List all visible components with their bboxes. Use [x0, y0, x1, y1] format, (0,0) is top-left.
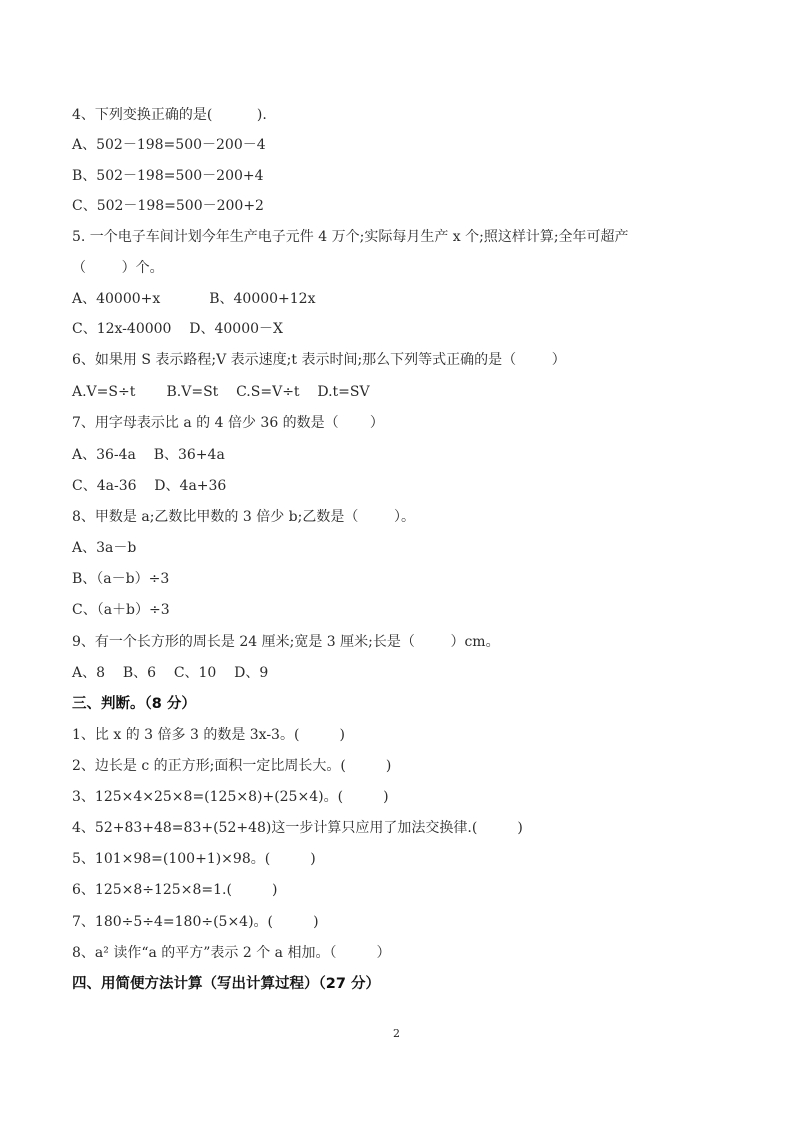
- question-6-options: A.V=S÷t B.V=St C.S=V÷t D.t=SV: [72, 383, 370, 401]
- question-9-options: A、8 B、6 C、10 D、9: [72, 664, 268, 682]
- question-4-option-b: B、502－198=500－200+4: [72, 167, 264, 185]
- question-6-stem: 6、如果用 S 表示路程;V 表示速度;t 表示时间;那么下列等式正确的是（ ）: [72, 351, 566, 369]
- question-8-option-c: C、（a＋b）÷3: [72, 601, 170, 619]
- question-8-stem: 8、甲数是 a;乙数比甲数的 3 倍少 b;乙数是（ ）。: [72, 508, 415, 526]
- question-4-option-c: C、502－198=500－200+2: [72, 197, 264, 215]
- judgement-item-4: 4、52+83+48=83+(52+48)这一步计算只应用了加法交换律.( ): [72, 819, 523, 837]
- question-5-options-ab: A、40000+x B、40000+12x: [72, 290, 316, 308]
- judgement-item-8: 8、a² 读作“a 的平方”表示 2 个 a 相加。（ ）: [72, 944, 391, 962]
- question-8-option-b: B、（a－b）÷3: [72, 570, 169, 588]
- section-3-title: 三、判断。（8 分）: [72, 695, 196, 713]
- page-number: 2: [0, 1027, 793, 1040]
- question-7-options-ab: A、36-4a B、36+4a: [72, 446, 225, 464]
- question-4-stem: 4、下列变换正确的是( ).: [72, 106, 267, 124]
- question-4-option-a: A、502－198=500－200－4: [72, 136, 266, 154]
- worksheet-page: 4、下列变换正确的是( ). A、502－198=500－200－4 B、502…: [0, 0, 793, 1122]
- question-9-stem: 9、有一个长方形的周长是 24 厘米;宽是 3 厘米;长是（ ）cm。: [72, 633, 500, 651]
- question-5-options-cd: C、12x-40000 D、40000－X: [72, 320, 283, 338]
- judgement-item-6: 6、125×8÷125×8=1.( ): [72, 881, 277, 899]
- question-7-options-cd: C、4a-36 D、4a+36: [72, 477, 226, 495]
- judgement-item-5: 5、101×98=(100+1)×98。( ): [72, 850, 316, 868]
- question-7-stem: 7、用字母表示比 a 的 4 倍少 36 的数是（ ）: [72, 414, 384, 432]
- question-8-option-a: A、3a－b: [72, 539, 136, 557]
- judgement-item-2: 2、边长是 c 的正方形;面积一定比周长大。( ): [72, 757, 391, 775]
- judgement-item-7: 7、180÷5÷4=180÷(5×4)。( ): [72, 913, 319, 931]
- question-5-stem-continued: （ ）个。: [72, 259, 164, 277]
- judgement-item-1: 1、比 x 的 3 倍多 3 的数是 3x-3。( ): [72, 726, 345, 744]
- question-5-stem: 5. 一个电子车间计划今年生产电子元件 4 万个;实际每月生产 x 个;照这样计…: [72, 228, 629, 246]
- section-4-title: 四、用简便方法计算（写出计算过程）（27 分）: [72, 975, 380, 993]
- judgement-item-3: 3、125×4×25×8=(125×8)+(25×4)。( ): [72, 788, 389, 806]
